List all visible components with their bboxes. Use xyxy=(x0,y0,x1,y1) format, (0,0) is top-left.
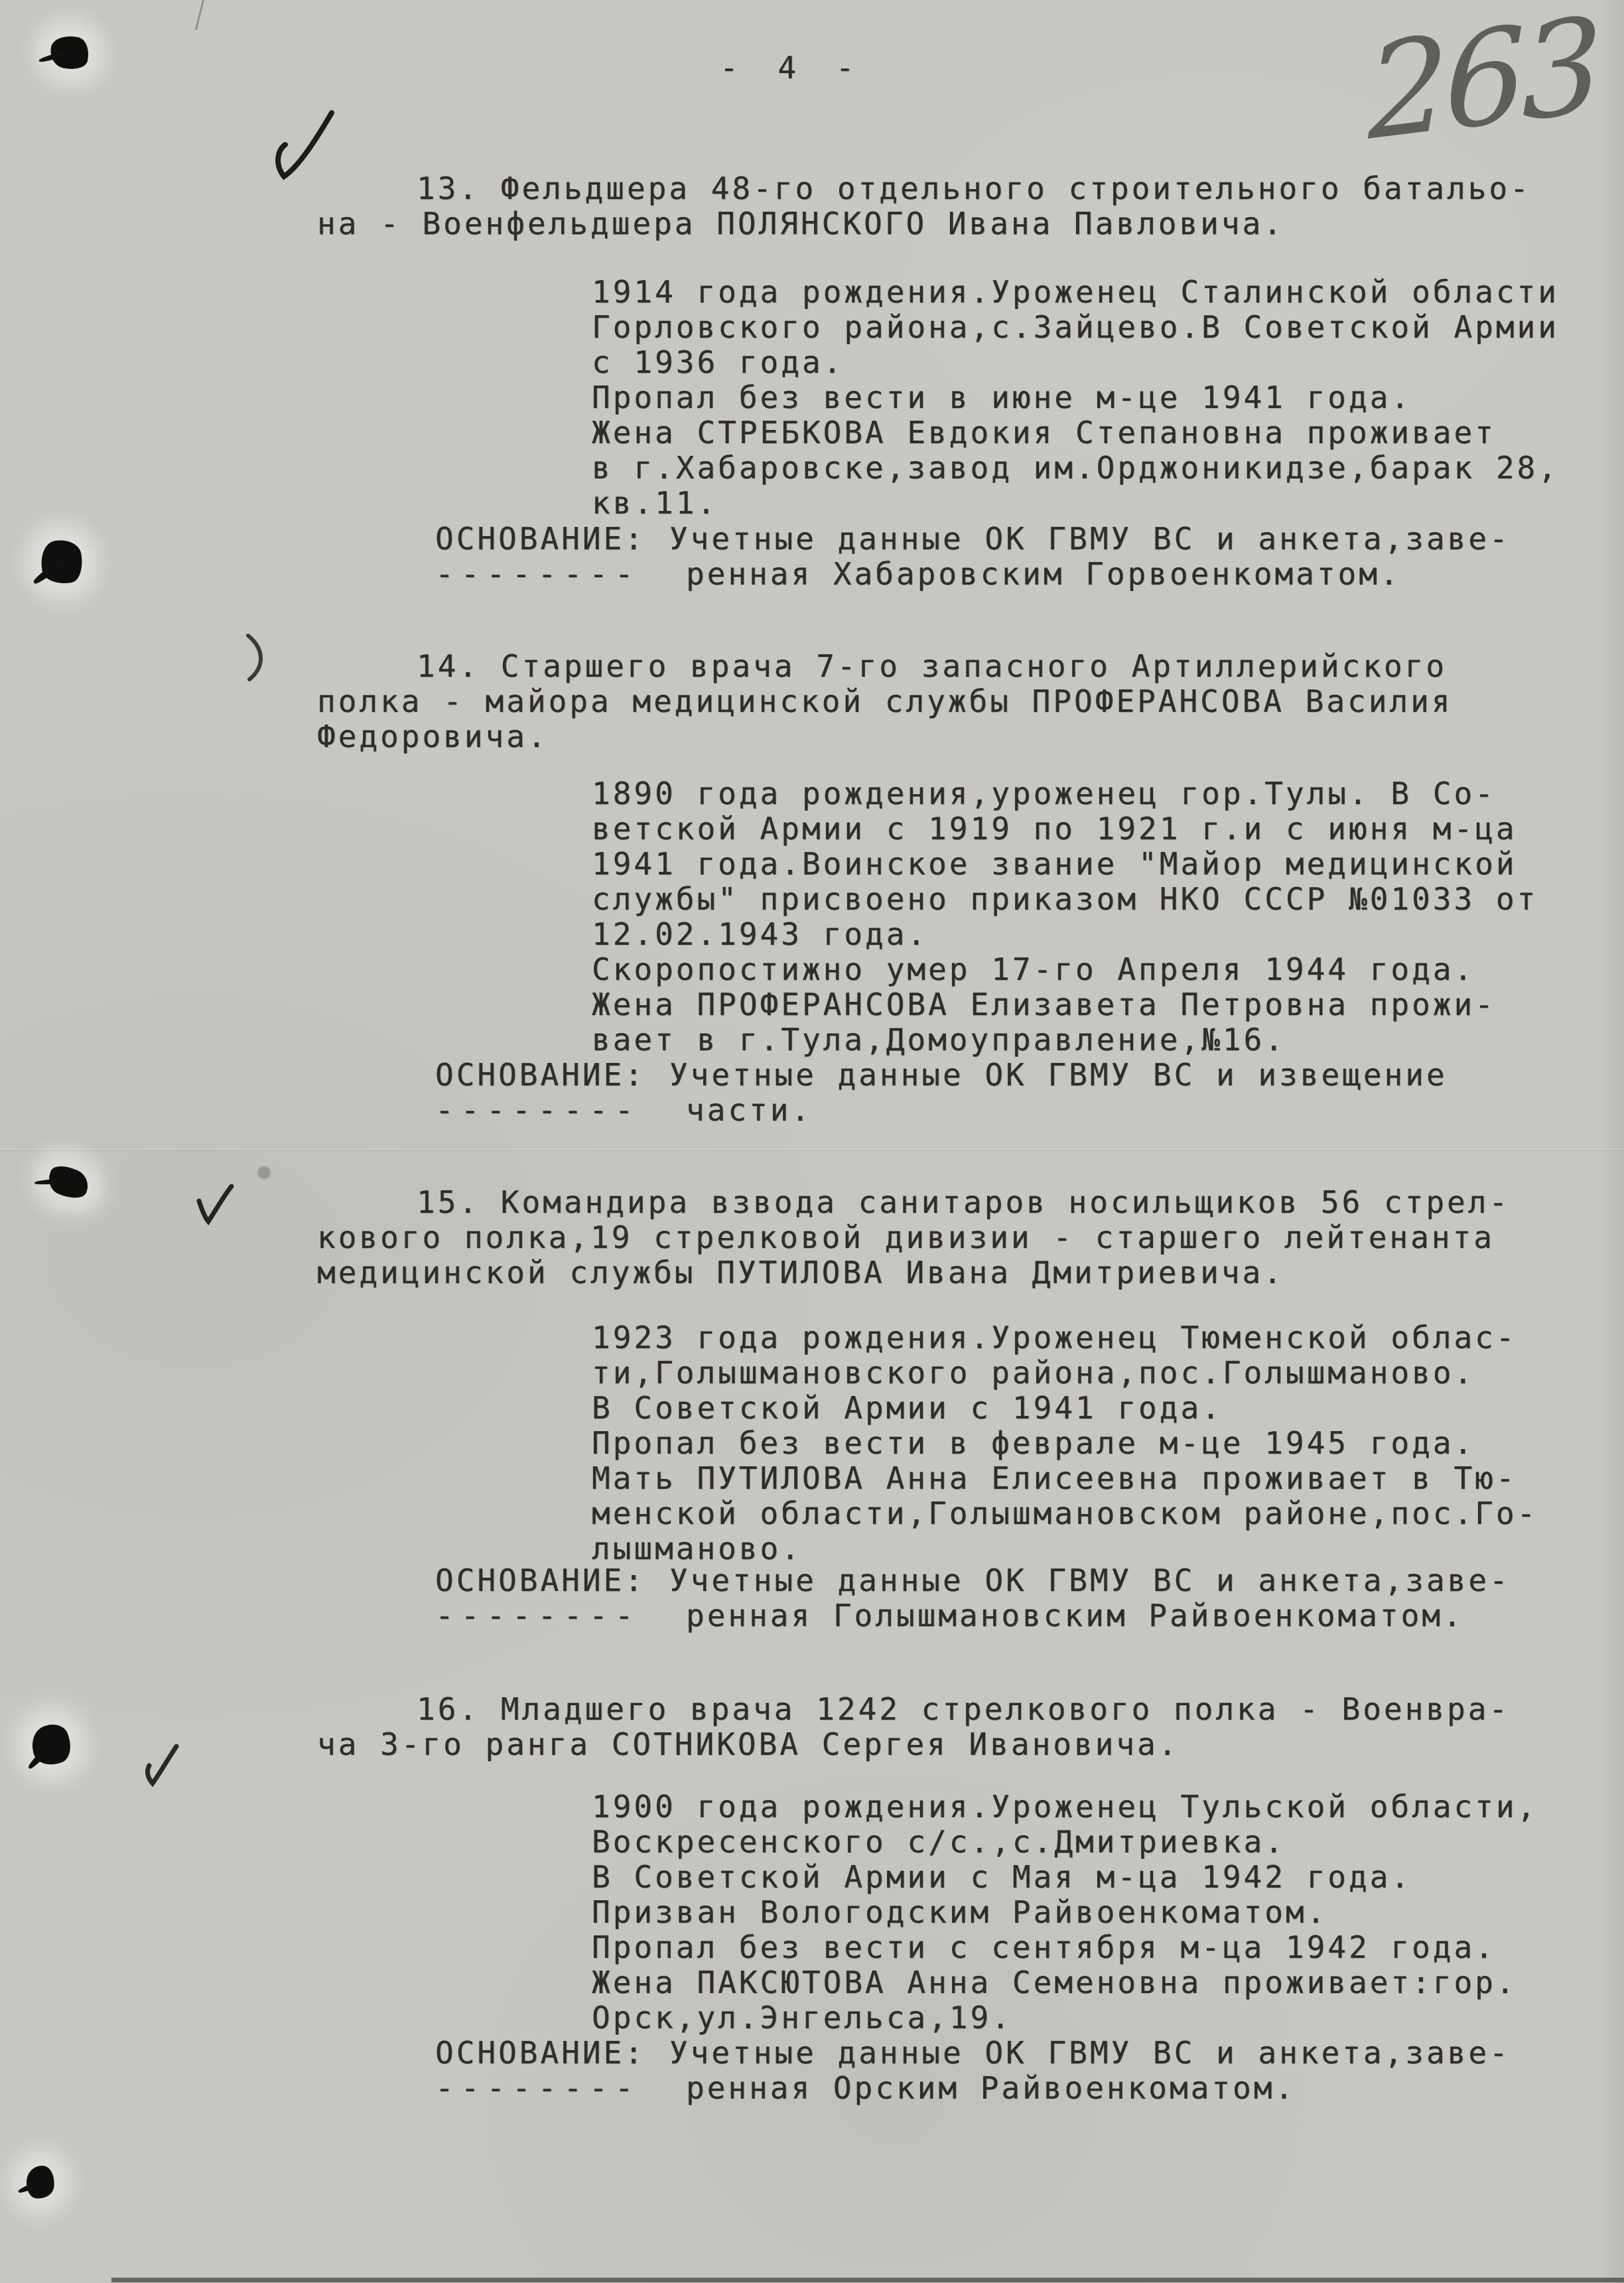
basis-line: ОСНОВАНИЕ:Учетные данные ОК ГВМУ ВС и ан… xyxy=(435,1563,1603,1598)
basis-text: части. xyxy=(686,1092,812,1128)
paper-scratch xyxy=(195,0,205,31)
entry-16-header: 16. Младшего врача 1242 стрелкового полк… xyxy=(317,1692,1578,1762)
basis-text: Учетные данные ОК ГВМУ ВС и анкета,заве- xyxy=(669,2035,1511,2071)
basis-dashes: -------- xyxy=(435,1598,686,1633)
basis-label: ОСНОВАНИЕ: xyxy=(435,1562,645,1598)
detail-line: 1900 года рождения.Уроженец Тульской обл… xyxy=(592,1789,1600,1825)
entry-15-details: 1923 года рождения.Уроженец Тюменской об… xyxy=(592,1320,1600,1566)
detail-line: лышманово. xyxy=(592,1531,1600,1566)
header-line: ча 3-го ранга СОТНИКОВА Сергея Ивановича… xyxy=(317,1727,1578,1762)
header-line: полка - майора медицинской службы ПРОФЕР… xyxy=(317,684,1578,719)
header-line: на - Военфельдшера ПОЛЯНСКОГО Ивана Павл… xyxy=(317,206,1578,242)
paren-annotation-icon xyxy=(243,632,271,683)
basis-line: ОСНОВАНИЕ:Учетные данные ОК ГВМУ ВС и ан… xyxy=(435,2036,1603,2071)
checkmark-icon xyxy=(142,1744,180,1789)
detail-line: Призван Вологодским Райвоенкоматом. xyxy=(592,1895,1600,1930)
detail-line: Жена ПАКСЮТОВА Анна Семеновна проживает:… xyxy=(592,1965,1600,2000)
basis-line: --------ренная Хабаровским Горвоенкомато… xyxy=(435,557,1603,592)
pencil-dot-mark xyxy=(257,1166,271,1179)
header-line: 15. Командира взвода санитаров носильщик… xyxy=(317,1185,1578,1220)
header-line: Федоровича. xyxy=(317,719,1578,754)
ink-blot-hole xyxy=(38,537,86,587)
scanned-document: { "page": { "number": "- 4 -", "handwrit… xyxy=(0,0,1624,2283)
entry-14-header: 14. Старшего врача 7-го запасного Артилл… xyxy=(317,649,1578,754)
basis-text: Учетные данные ОК ГВМУ ВС и анкета,заве- xyxy=(669,1562,1511,1598)
detail-line: Жена СТРЕБКОВА Евдокия Степановна прожив… xyxy=(592,415,1600,450)
detail-line: с 1936 года. xyxy=(592,345,1600,380)
header-line: 13. Фельдшера 48-го отдельного строитель… xyxy=(317,171,1578,206)
detail-line: кв.11. xyxy=(592,486,1600,521)
detail-line: Горловского района,с.Зайцево.В Советской… xyxy=(592,310,1600,345)
ink-blot-hole xyxy=(25,2164,56,2200)
basis-dashes: -------- xyxy=(435,2071,686,2106)
basis-dashes: -------- xyxy=(435,557,686,592)
detail-line: Пропал без вести с сентября м-ца 1942 го… xyxy=(592,1930,1600,1965)
ink-blot-hole xyxy=(47,33,92,73)
detail-line: ти,Голышмановского района,пос.Голышманов… xyxy=(592,1355,1600,1391)
header-line: 14. Старшего врача 7-го запасного Артилл… xyxy=(317,649,1578,684)
detail-line: менской области,Голышмановском районе,по… xyxy=(592,1496,1600,1531)
entry-13-basis: ОСНОВАНИЕ:Учетные данные ОК ГВМУ ВС и ан… xyxy=(435,521,1603,592)
entry-15-basis: ОСНОВАНИЕ:Учетные данные ОК ГВМУ ВС и ан… xyxy=(435,1563,1603,1633)
detail-line: Пропал без вести в феврале м-це 1945 год… xyxy=(592,1426,1600,1461)
detail-line: 1923 года рождения.Уроженец Тюменской об… xyxy=(592,1320,1600,1355)
detail-line: ветской Армии с 1919 по 1921 г.и с июня … xyxy=(592,811,1600,847)
handwritten-page-number: 263 xyxy=(1367,0,1599,159)
detail-line: Жена ПРОФЕРАНСОВА Елизавета Петровна про… xyxy=(592,987,1600,1022)
entry-13-header: 13. Фельдшера 48-го отдельного строитель… xyxy=(317,171,1578,242)
basis-text: ренная Голышмановским Райвоенкоматом. xyxy=(686,1598,1464,1633)
basis-text: ренная Хабаровским Горвоенкоматом. xyxy=(686,556,1401,592)
page-number: - 4 - xyxy=(720,50,864,86)
entry-15-header: 15. Командира взвода санитаров носильщик… xyxy=(317,1185,1578,1290)
entry-16-basis: ОСНОВАНИЕ:Учетные данные ОК ГВМУ ВС и ан… xyxy=(435,2036,1603,2106)
detail-line: Скоропостижно умер 17-го Апреля 1944 год… xyxy=(592,952,1600,987)
entry-16-details: 1900 года рождения.Уроженец Тульской обл… xyxy=(592,1789,1600,2036)
detail-line: Мать ПУТИЛОВА Анна Елисеевна проживает в… xyxy=(592,1461,1600,1496)
header-line: кового полка,19 стрелковой дивизии - ста… xyxy=(317,1220,1578,1255)
basis-line: ОСНОВАНИЕ:Учетные данные ОК ГВМУ ВС и из… xyxy=(435,1058,1603,1093)
header-line: медицинской службы ПУТИЛОВА Ивана Дмитри… xyxy=(317,1255,1578,1290)
entry-13-details: 1914 года рождения.Уроженец Сталинской о… xyxy=(592,275,1600,521)
detail-line: В Советской Армии с 1941 года. xyxy=(592,1391,1600,1426)
detail-line: Орск,ул.Энгельса,19. xyxy=(592,2000,1600,2036)
detail-line: Воскресенского с/с.,с.Дмитриевка. xyxy=(592,1825,1600,1860)
basis-dashes: -------- xyxy=(435,1093,686,1128)
ink-blot-hole xyxy=(27,1720,76,1770)
entry-14-basis: ОСНОВАНИЕ:Учетные данные ОК ГВМУ ВС и из… xyxy=(435,1058,1603,1128)
detail-line: 12.02.1943 года. xyxy=(592,917,1600,952)
entry-14-details: 1890 года рождения,уроженец гор.Тулы. В … xyxy=(592,776,1600,1058)
detail-line: 1890 года рождения,уроженец гор.Тулы. В … xyxy=(592,776,1600,811)
detail-line: в г.Хабаровске,завод им.Орджоникидзе,бар… xyxy=(592,450,1600,486)
basis-label: ОСНОВАНИЕ: xyxy=(435,521,645,557)
basis-text: Учетные данные ОК ГВМУ ВС и извещение xyxy=(669,1057,1448,1093)
basis-line: --------ренная Орским Райвоенкоматом. xyxy=(435,2071,1603,2106)
page-bottom-edge xyxy=(111,2278,1624,2282)
detail-line: 1941 года.Воинское звание "Майор медицин… xyxy=(592,847,1600,882)
basis-label: ОСНОВАНИЕ: xyxy=(435,1057,645,1093)
detail-line: службы" присвоено приказом НКО СССР №010… xyxy=(592,882,1600,917)
detail-line: вает в г.Тула,Домоуправление,№16. xyxy=(592,1022,1600,1058)
basis-text: Учетные данные ОК ГВМУ ВС и анкета,заве- xyxy=(669,521,1511,557)
detail-line: В Советской Армии с Мая м-ца 1942 года. xyxy=(592,1860,1600,1895)
basis-text: ренная Орским Райвоенкоматом. xyxy=(686,2070,1296,2106)
basis-line: --------части. xyxy=(435,1093,1603,1128)
detail-line: 1914 года рождения.Уроженец Сталинской о… xyxy=(592,275,1600,310)
header-line: 16. Младшего врача 1242 стрелкового полк… xyxy=(317,1692,1578,1727)
paper-crease-line xyxy=(0,1148,1624,1151)
basis-label: ОСНОВАНИЕ: xyxy=(435,2035,645,2071)
basis-line: ОСНОВАНИЕ:Учетные данные ОК ГВМУ ВС и ан… xyxy=(435,521,1603,557)
basis-line: --------ренная Голышмановским Райвоенком… xyxy=(435,1598,1603,1633)
checkmark-icon xyxy=(194,1184,235,1226)
ink-blot-hole xyxy=(44,1160,94,1204)
detail-line: Пропал без вести в июне м-це 1941 года. xyxy=(592,380,1600,415)
